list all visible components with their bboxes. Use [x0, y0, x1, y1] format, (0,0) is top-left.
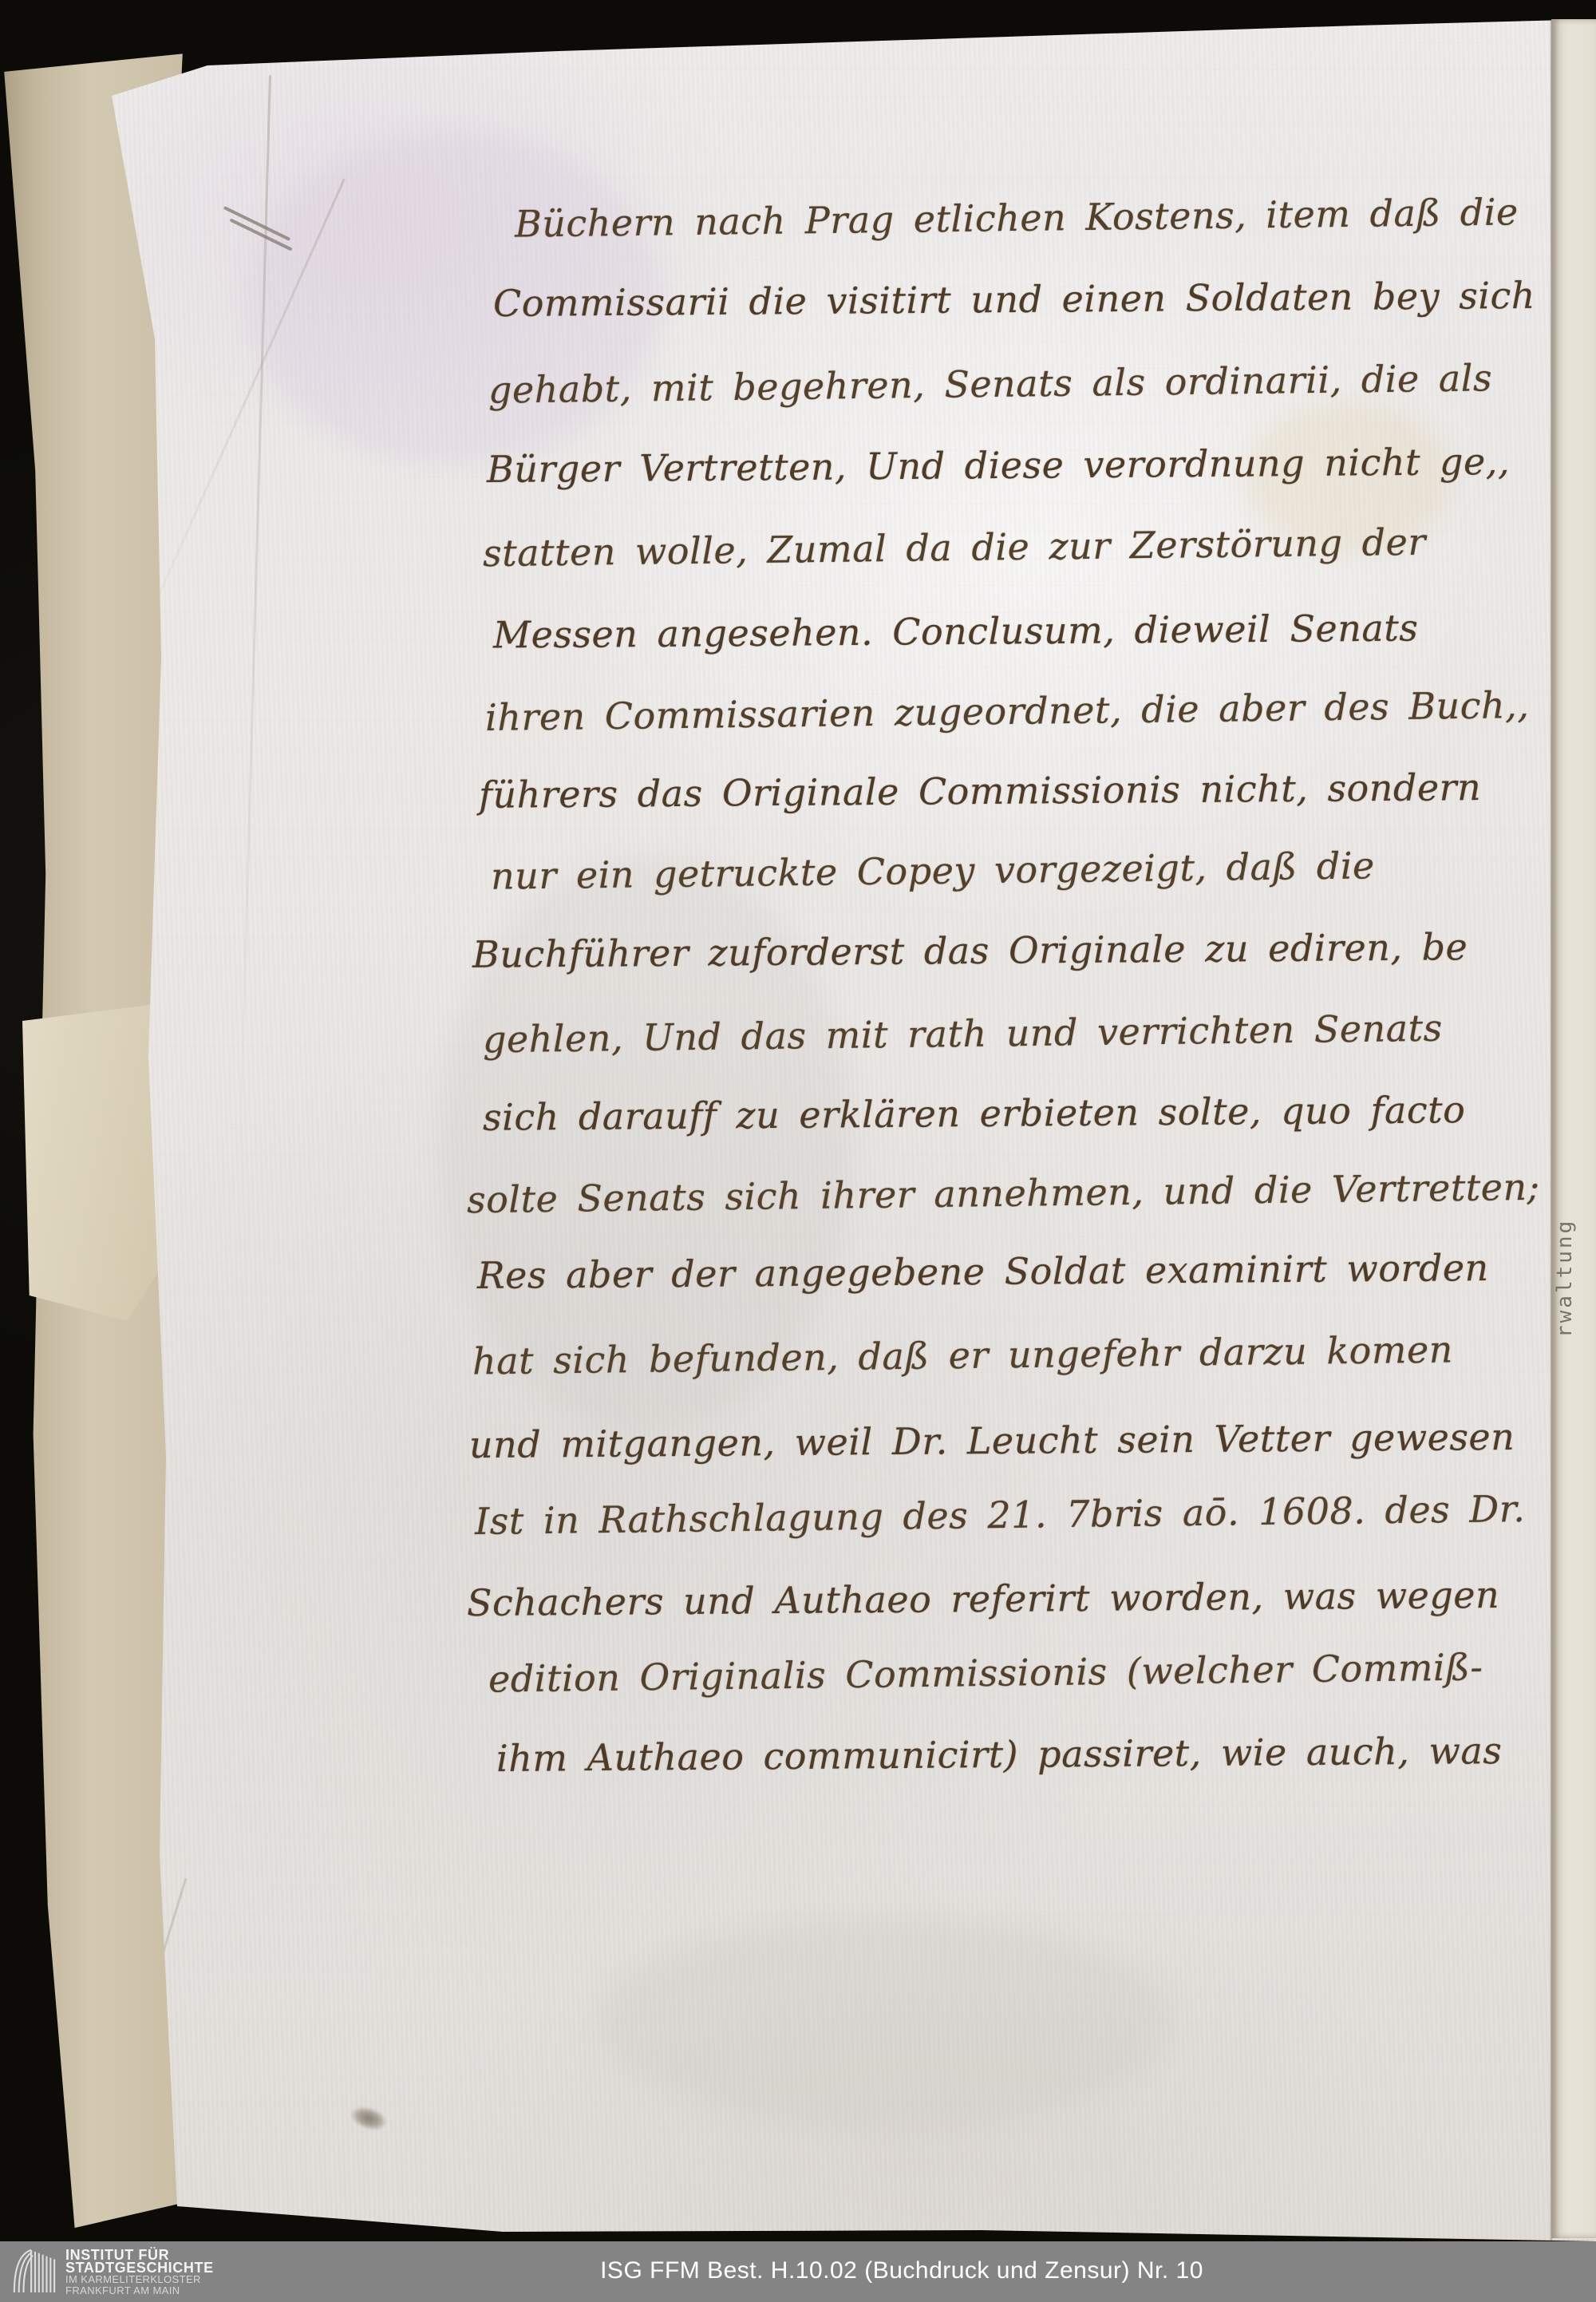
manuscript-line: hat sich befunden, daß er ungefehr darzu…: [472, 1331, 1453, 1379]
paper-stain: [598, 1919, 1173, 2126]
scanned-document-viewer: Büchern nach Prag etlichen Kostens, item…: [0, 0, 1596, 2302]
manuscript-line: Commissarii die visitirt und einen Solda…: [493, 277, 1535, 322]
archive-caption: ISG FFM Best. H.10.02 (Buchdruck und Zen…: [600, 2257, 1203, 2284]
institute-name-line: FRANKFURT AM MAIN: [65, 2285, 214, 2296]
manuscript-line: Büchern nach Prag etlichen Kostens, item…: [515, 193, 1519, 242]
manuscript-line: edition Originalis Commissionis (welcher…: [488, 1648, 1483, 1697]
manuscript-line: Res aber der angegebene Soldat examinirt…: [477, 1249, 1489, 1294]
manuscript-line: gehlen, Und das mit rath und verrichten …: [483, 1010, 1443, 1058]
manuscript-line: und mitgangen, weil Dr. Leucht sein Vett…: [469, 1418, 1515, 1463]
institute-name-line: IM KARMELITERKLOSTER: [65, 2274, 214, 2285]
institute-name: INSTITUT FÜR STADTGESCHICHTE IM KARMELIT…: [65, 2246, 214, 2296]
manuscript-line: nur ein getruckte Copey vorgezeigt, daß …: [491, 847, 1375, 895]
scan-image: Büchern nach Prag etlichen Kostens, item…: [0, 0, 1596, 2241]
manuscript-line: sich darauff zu erklären erbieten solte,…: [483, 1091, 1466, 1136]
manuscript-line: Messen angesehen. Conclusum, dieweil Sen…: [493, 609, 1419, 653]
manuscript-line: gehabt, mit begehren, Senats als ordinar…: [488, 359, 1493, 408]
manuscript-line: Bürger Vertretten, Und diese verordnung …: [487, 443, 1510, 488]
adjacent-page-gutter: [1551, 19, 1596, 2238]
institute-identity: INSTITUT FÜR STADTGESCHICHTE IM KARMELIT…: [11, 2246, 214, 2296]
manuscript-line: ihm Authaeo communicirt) passiret, wie a…: [496, 1732, 1503, 1777]
footer-bar: INSTITUT FÜR STADTGESCHICHTE IM KARMELIT…: [0, 2241, 1596, 2302]
institute-logo-arch-icon: [11, 2246, 57, 2294]
manuscript-line: Buchführer zuforderst das Originale zu e…: [472, 928, 1468, 973]
manuscript-line: führers das Originale Commissionis nicht…: [479, 769, 1482, 813]
manuscript-line: statten wolle, Zumal da die zur Zerstöru…: [483, 524, 1426, 572]
manuscript-line: Schachers und Authaeo referirt worden, w…: [467, 1576, 1499, 1621]
institute-name-line: STADTGESCHICHTE: [65, 2262, 214, 2275]
vertical-typed-label: rwaltung: [1555, 1162, 1575, 1338]
